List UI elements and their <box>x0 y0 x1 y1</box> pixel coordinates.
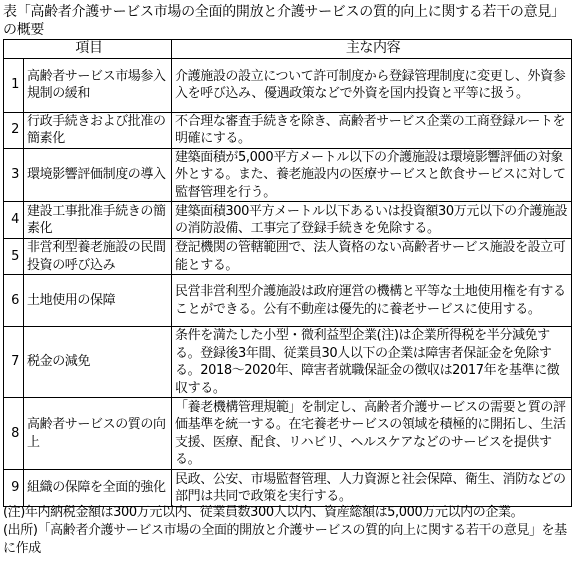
header-item: 項目 <box>4 40 172 59</box>
row-number: 5 <box>4 239 24 275</box>
table-row: 9組織の保障を全面的強化民政、公安、市場監督管理、人力資源と社会保障、衛生、消防… <box>4 470 572 507</box>
row-item: 高齢者サービスの質の向上 <box>24 398 172 470</box>
row-item: 税金の減免 <box>24 327 172 398</box>
row-content: 介護施設の設立について許可制度から登録管理制度に変更し、外資参入を呼び込み、優遇… <box>172 58 572 112</box>
table-row: 2行政手続きおよび批准の簡素化不合理な審査手続きを除き、高齢者サービス企業の工商… <box>4 112 572 148</box>
table-row: 8高齢者サービスの質の向上「養老機構管理規範」を制定し、高齢者介護サービスの需要… <box>4 398 572 470</box>
row-number: 4 <box>4 202 24 239</box>
row-item: 行政手続きおよび批准の簡素化 <box>24 112 172 148</box>
policy-summary-table: 項目 主な内容 1高齢者サービス市場参入規制の緩和介護施設の設立について許可制度… <box>3 39 572 507</box>
table-title: 表「高齢者介護サービス市場の全面的開放と介護サービスの質的向上に関する若干の意見… <box>3 3 573 39</box>
row-number: 3 <box>4 148 24 202</box>
row-item: 建設工事批准手続きの簡素化 <box>24 202 172 239</box>
row-content: 建築面積が5,000平方メートル以下の介護施設は環境影響評価の対象外とする。また… <box>172 148 572 202</box>
table-row: 5非営利型養老施設の民間投資の呼び込み登記機関の管轄範囲で、法人資格のない高齢者… <box>4 239 572 275</box>
row-item: 組織の保障を全面的強化 <box>24 470 172 507</box>
table-header-row: 項目 主な内容 <box>4 40 572 59</box>
row-number: 9 <box>4 470 24 507</box>
table-row: 3環境影響評価制度の導入建築面積が5,000平方メートル以下の介護施設は環境影響… <box>4 148 572 202</box>
table-row: 4建設工事批准手続きの簡素化建築面積300平方メートル以下あるいは投資額30万元… <box>4 202 572 239</box>
row-item: 非営利型養老施設の民間投資の呼び込み <box>24 239 172 275</box>
row-number: 1 <box>4 58 24 112</box>
row-item: 高齢者サービス市場参入規制の緩和 <box>24 58 172 112</box>
row-content: 「養老機構管理規範」を制定し、高齢者介護サービスの需要と質の評価基準を統一する。… <box>172 398 572 470</box>
row-content: 民営非営利型介護施設は政府運営の機構と平等な土地使用権を有することができる。公有… <box>172 275 572 327</box>
footnote-note: (注)年内納税金額は300万元以内、従業員数300人以内、資産総額は5,000万… <box>3 504 573 522</box>
table-row: 7税金の減免条件を満たした小型・微利益型企業(注)は企業所得税を半分減免する。登… <box>4 327 572 398</box>
row-item: 環境影響評価制度の導入 <box>24 148 172 202</box>
row-number: 6 <box>4 275 24 327</box>
header-content: 主な内容 <box>172 40 572 59</box>
footnote-source: (出所)「高齢者介護サービス市場の全面的開放と介護サービスの質的向上に関する若干… <box>3 522 573 558</box>
row-item: 土地使用の保障 <box>24 275 172 327</box>
row-content: 不合理な審査手続きを除き、高齢者サービス企業の工商登録ルートを明確にする。 <box>172 112 572 148</box>
row-content: 建築面積300平方メートル以下あるいは投資額30万元以下の介護施設の消防設備、工… <box>172 202 572 239</box>
row-number: 2 <box>4 112 24 148</box>
row-number: 7 <box>4 327 24 398</box>
footnotes: (注)年内納税金額は300万元以内、従業員数300人以内、資産総額は5,000万… <box>3 504 573 558</box>
row-content: 条件を満たした小型・微利益型企業(注)は企業所得税を半分減免する。登録後3年間、… <box>172 327 572 398</box>
row-content: 民政、公安、市場監督管理、人力資源と社会保障、衛生、消防などの部門は共同で政策を… <box>172 470 572 507</box>
table-row: 1高齢者サービス市場参入規制の緩和介護施設の設立について許可制度から登録管理制度… <box>4 58 572 112</box>
row-number: 8 <box>4 398 24 470</box>
table-row: 6土地使用の保障民営非営利型介護施設は政府運営の機構と平等な土地使用権を有するこ… <box>4 275 572 327</box>
row-content: 登記機関の管轄範囲で、法人資格のない高齢者サービス施設を設立可能とする。 <box>172 239 572 275</box>
